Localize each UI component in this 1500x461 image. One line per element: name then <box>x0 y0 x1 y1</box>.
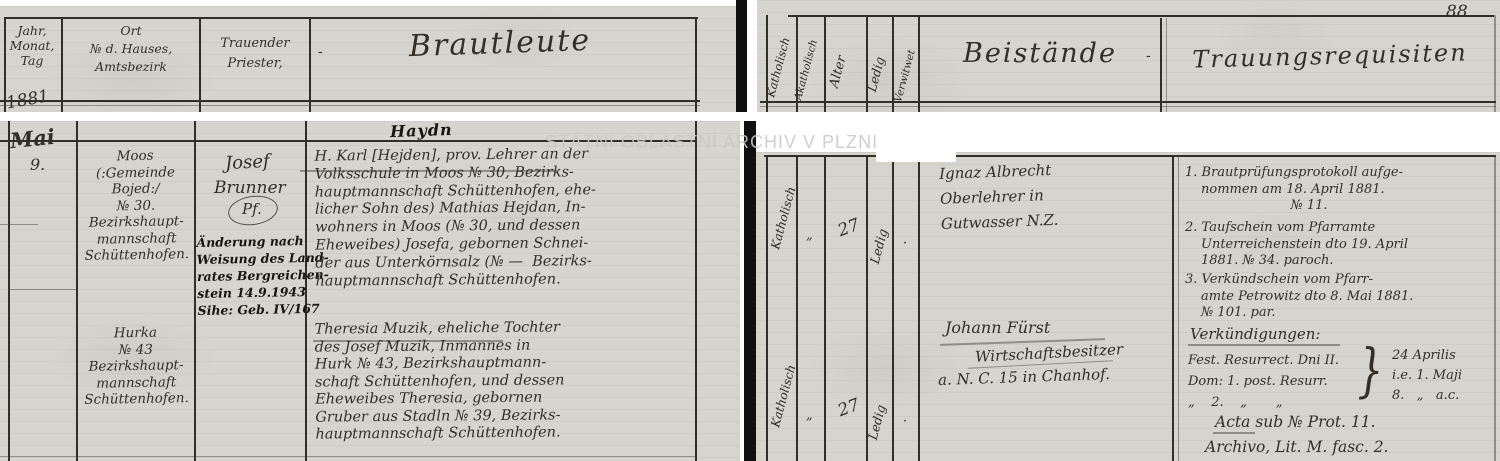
column-divider-2 <box>1178 155 1179 461</box>
column-divider <box>892 155 894 461</box>
groom-akatholisch-ditto: „ <box>806 228 813 243</box>
row-divider <box>8 289 76 290</box>
header-dash-mark: - <box>1146 48 1151 64</box>
witness-2-name: Johann Fürst <box>945 318 1050 337</box>
witness-1-block: Ignaz Albrecht Oberlehrer in Gutwasser N… <box>939 154 1161 237</box>
bride-akatholisch-ditto: „ <box>806 408 813 423</box>
banns-dates-left: Fest. Resurrect. Dni II. Dom: 1. post. R… <box>1188 350 1368 413</box>
right-scan-edge <box>1494 15 1496 112</box>
verkuendigungen-title: Verkündigungen: <box>1190 325 1320 343</box>
column-divider <box>695 121 697 461</box>
column-divider <box>695 17 697 112</box>
header-dash-mark: - <box>318 44 323 60</box>
header-bottom-rule-2 <box>0 105 700 106</box>
column-divider <box>194 121 196 461</box>
priest-title: Pf. <box>242 200 262 218</box>
acta-underline <box>1213 432 1255 434</box>
archiv-reference: Archivo, Lit. M. fasc. 2. <box>1205 438 1388 456</box>
header-beistaende-label: Beistände <box>960 38 1120 69</box>
column-divider <box>824 155 826 461</box>
right-header-bottom-rule <box>760 101 1496 103</box>
header-place-column-label: Ort № d. Hauses, Amtsbezirk <box>64 22 198 76</box>
column-divider <box>76 121 78 461</box>
scan-white-patch <box>876 118 956 162</box>
groom-place-block: Moos (:Gemeinde Bojed:/ № 30. Bezirkshau… <box>79 147 193 264</box>
bride-widowed-mark: · <box>903 414 907 429</box>
column-divider <box>1160 18 1162 112</box>
bride-place-block: Hurka № 43 Bezirkshaupt- mannschaft Schü… <box>79 324 192 408</box>
priest-last-name: Brunner <box>214 178 286 198</box>
column-divider <box>824 15 826 112</box>
column-divider <box>866 15 868 112</box>
right-header-bottom-rule-2 <box>760 106 1496 107</box>
requisiten-item-2: 2. Taufschein vom Pfarramte Unterreichen… <box>1185 220 1495 270</box>
column-divider <box>866 155 868 461</box>
column-divider <box>61 17 63 112</box>
header-top-rule <box>4 17 698 19</box>
column-divider <box>1172 155 1174 461</box>
bride-entry-block: Theresia Muzik, eheliche Tochter des Jos… <box>314 318 680 444</box>
column-divider-2 <box>1166 18 1167 112</box>
marriage-register-scan: Jahr, Monat, Tag 1881 Ort № d. Hauses, A… <box>0 0 1500 461</box>
archive-watermark: STÁTNÍ OBLASTNÍ ARCHIV V PLZNI <box>545 132 878 153</box>
gutter-strip-bottom <box>744 121 756 461</box>
banns-dates-right: 24 Aprilis i.e. 1. Maji 8. „ a.c. <box>1392 346 1500 406</box>
left-body-edge-line <box>8 121 10 461</box>
name-correction-haydn: Haydn <box>390 120 453 141</box>
priest-first-name: Josef <box>224 151 270 174</box>
right-page-edge-line <box>766 15 768 112</box>
right-body-edge-line <box>766 155 768 461</box>
header-date-column-label: Jahr, Monat, Tag <box>6 23 58 68</box>
entry-day: 9. <box>30 155 45 174</box>
requisiten-item-3: 3. Verkündschein vom Pfarr- amte Petrowi… <box>1185 272 1495 322</box>
verkuendigungen-underline <box>1188 344 1340 346</box>
gutter-strip-top <box>736 0 747 112</box>
column-divider <box>309 17 311 112</box>
groom-widowed-mark: · <box>903 236 907 251</box>
column-divider <box>918 155 920 461</box>
body-bottom-rule <box>0 456 697 457</box>
acta-reference: Acta sub № Prot. 11. <box>1215 413 1376 431</box>
short-divider <box>0 224 38 225</box>
entry-month: Mai <box>9 124 56 154</box>
column-divider <box>918 15 920 112</box>
requisiten-item-1: 1. Brautprüfungsprotokoll aufge- nommen … <box>1185 165 1495 215</box>
header-bottom-rule <box>0 100 700 102</box>
column-divider <box>796 155 798 461</box>
page-number: 88 <box>1446 2 1468 22</box>
column-divider <box>199 17 201 112</box>
header-priest-column-label: Trauender Priester, <box>202 34 308 74</box>
groom-entry-block: H. Karl [Hejden], prov. Lehrer an der Vo… <box>314 145 680 291</box>
annotation-1943-block: Änderung nach Weisung des Land- rates Be… <box>196 232 309 319</box>
banns-brace: } <box>1358 336 1384 404</box>
